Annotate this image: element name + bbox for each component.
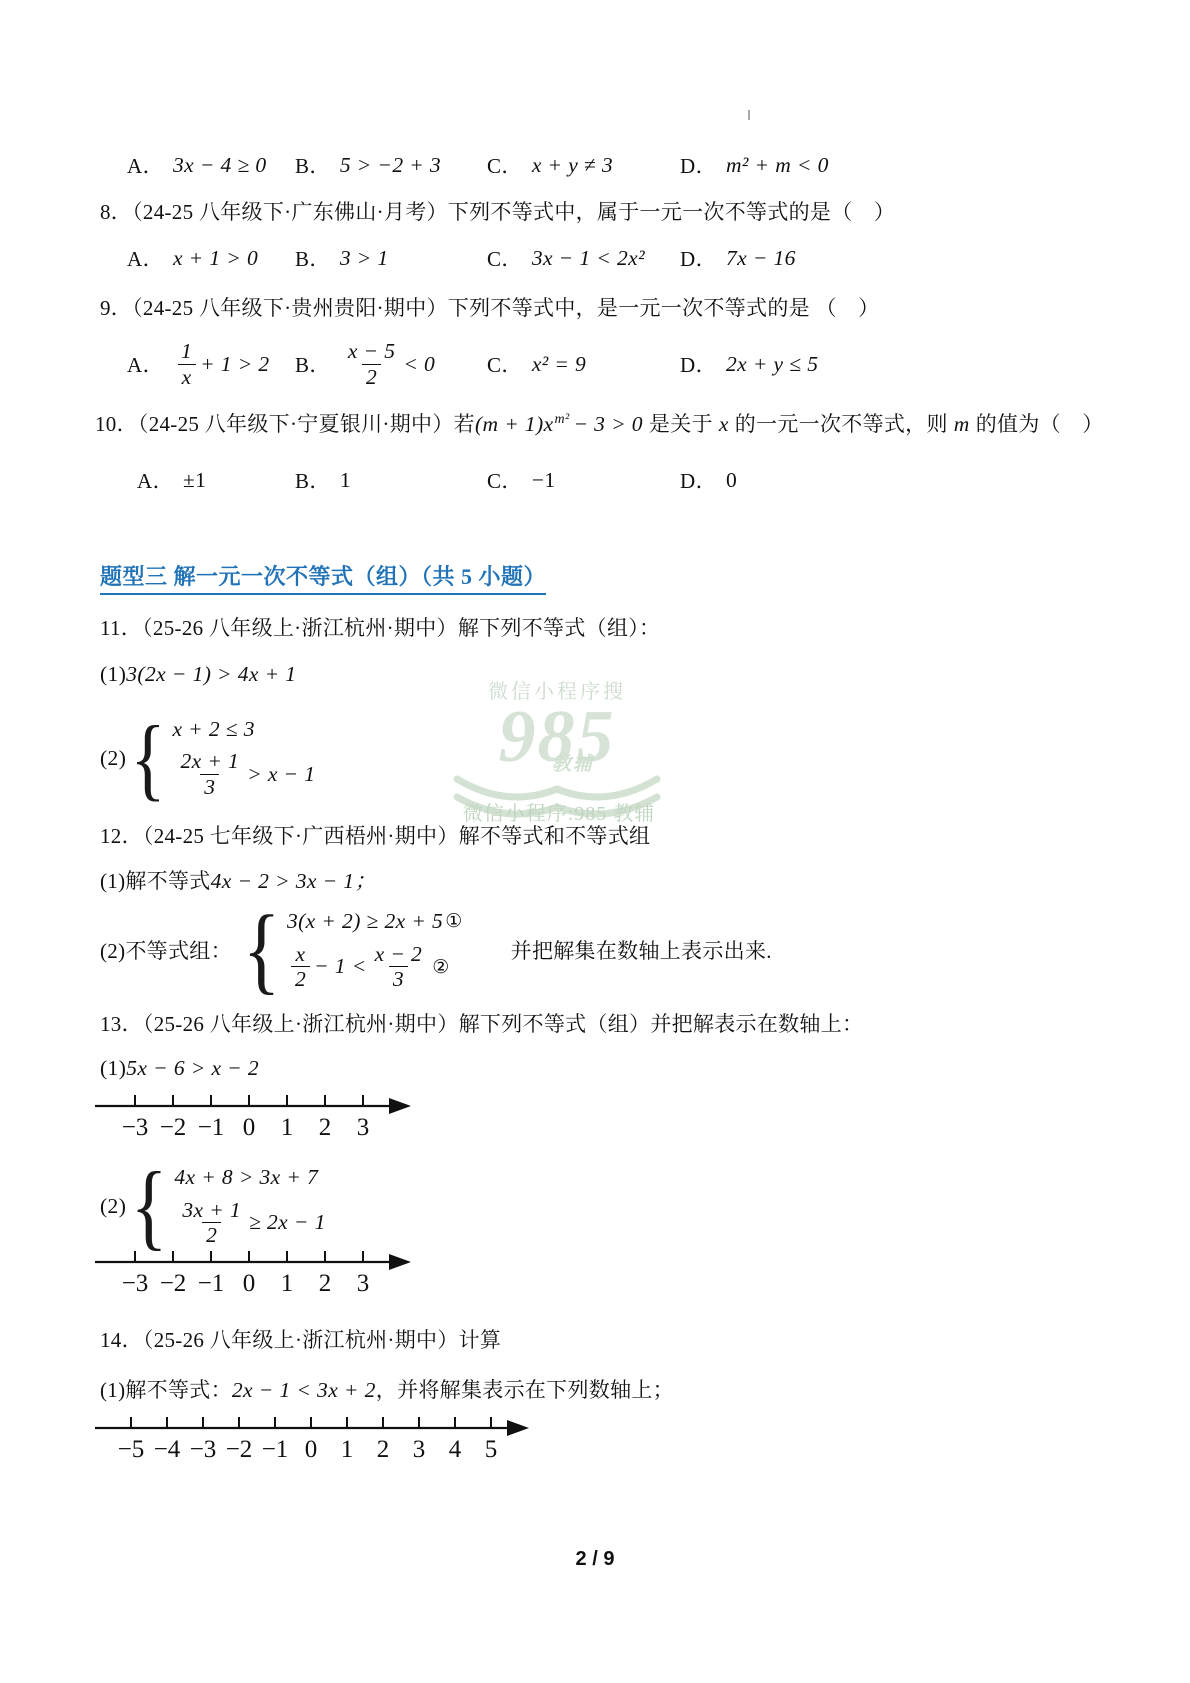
- part-label: (1)解不等式：: [100, 1378, 232, 1402]
- tick-label: 3: [357, 1270, 370, 1297]
- fraction-numerator: x: [292, 942, 310, 966]
- tick-label: 0: [305, 1436, 318, 1463]
- option-label: B．: [295, 465, 331, 495]
- q10-math-exponent: m²: [555, 412, 570, 427]
- number-line-3: −5 −4 −3 −2 −1 0 1 2 3 4 5: [93, 1412, 545, 1466]
- q7-options-row: A．3x − 4 ≥ 0 B．5 > −2 + 3 C．x + y ≠ 3 D．…: [0, 143, 1190, 187]
- q13-text: 13．（25-26 八年级上·浙江杭州·期中）解下列不等式（组）并把解表示在数轴…: [100, 1008, 863, 1038]
- q10-option-c: C．−1: [487, 462, 556, 498]
- part-label: (1): [100, 1056, 126, 1080]
- tick-label: −2: [226, 1436, 253, 1463]
- q10-var-m: m: [954, 412, 970, 436]
- fraction-denominator: 2: [291, 966, 310, 991]
- system-line-2: x2 − 1 < x − 23 ②: [287, 942, 463, 991]
- option-label: B．: [295, 150, 331, 180]
- part-tail: ，并将解集表示在下列数轴上；: [376, 1378, 674, 1402]
- tick-label: −2: [160, 1114, 187, 1141]
- circled-2: ②: [432, 956, 449, 978]
- tick-label: −2: [160, 1270, 187, 1297]
- q7-option-a: A．3x − 4 ≥ 0: [127, 143, 267, 187]
- watermark-subtext: 教辅: [552, 756, 594, 773]
- q7-option-b: B．5 > −2 + 3: [295, 143, 441, 187]
- option-label: D．: [680, 243, 717, 273]
- stray-mark: [748, 110, 750, 120]
- worksheet-page: A．3x − 4 ≥ 0 B．5 > −2 + 3 C．x + y ≠ 3 D．…: [0, 0, 1190, 1683]
- option-math: 1: [340, 468, 351, 493]
- fraction: 2x + 13: [176, 749, 243, 798]
- part-label: (2): [100, 746, 126, 771]
- option-label: C．: [487, 349, 523, 379]
- option-label: D．: [680, 465, 717, 495]
- q7-option-c: C．x + y ≠ 3: [487, 143, 613, 187]
- fraction-numerator: 3x + 1: [178, 1198, 245, 1222]
- tick-label: 2: [377, 1436, 390, 1463]
- fraction-numerator: 2x + 1: [176, 749, 243, 773]
- option-math: 3x − 1 < 2x²: [532, 246, 645, 271]
- part-math: − 1 <: [314, 954, 367, 979]
- q13-part2-system: (2) { 4x + 8 > 3x + 7 3x + 12 ≥ 2x − 1: [100, 1158, 326, 1254]
- fraction-denominator: 2: [362, 364, 381, 389]
- tick-label: 3: [357, 1114, 370, 1141]
- tick-label: −1: [262, 1436, 289, 1463]
- system-brace: {: [243, 901, 281, 999]
- tick-label: 1: [281, 1114, 294, 1141]
- tick-label: −3: [122, 1114, 149, 1141]
- part-math: 5x − 6 > x − 2: [126, 1056, 259, 1080]
- system-brace: {: [131, 1158, 168, 1254]
- q7-option-d: D．m² + m < 0: [680, 143, 829, 187]
- option-label: D．: [680, 150, 717, 180]
- q10-math-rest: − 3 > 0: [573, 412, 642, 436]
- q9-options-row: A． 1x + 1 > 2 B． x − 52 < 0 C．x² = 9 D．2…: [0, 330, 1190, 398]
- q8-option-b: B．3 > 1: [295, 236, 389, 280]
- option-label: C．: [487, 465, 523, 495]
- q10-text-mid1: 是关于: [649, 412, 713, 436]
- part-math: ≥ 2x − 1: [249, 1210, 326, 1235]
- option-label: B．: [295, 243, 331, 273]
- section-header-wrap: 题型三 解一元一次不等式（组）（共 5 小题）: [100, 560, 546, 591]
- tick-label: 0: [243, 1270, 256, 1297]
- tick-label: −4: [154, 1436, 181, 1463]
- option-math: 2x + y ≤ 5: [726, 352, 818, 377]
- fraction-denominator: 3: [389, 966, 408, 991]
- q12-part1: (1)解不等式4x − 2 > 3x − 1；: [100, 864, 376, 895]
- section-header: 题型三 解一元一次不等式（组）（共 5 小题）: [100, 564, 546, 595]
- tick-label: 2: [319, 1114, 332, 1141]
- tick-label: 4: [449, 1436, 462, 1463]
- q10-options-row: A．±1 B．1 C．−1 D．0: [0, 462, 1190, 498]
- fraction: x2: [291, 942, 310, 991]
- q10-text-tail: 的值为（ ）: [976, 412, 1104, 436]
- part-label: (1)解不等式: [100, 869, 211, 893]
- part-label: (2)不等式组：: [100, 935, 232, 965]
- q10-option-b: B．1: [295, 462, 351, 498]
- option-math: 0: [726, 468, 737, 493]
- tick-label: 1: [341, 1436, 354, 1463]
- fraction-numerator: x − 5: [344, 339, 400, 363]
- q11-text: 11．（25-26 八年级上·浙江杭州·期中）解下列不等式（组）：: [100, 612, 660, 642]
- fraction: 3x + 12: [178, 1198, 245, 1247]
- number-line-2: −3 −2 −1 0 1 2 3: [93, 1246, 423, 1300]
- watermark-985-logo: 985 教辅: [448, 704, 666, 771]
- tick-label: −3: [122, 1270, 149, 1297]
- fraction: 1x: [177, 339, 196, 388]
- fraction-numerator: 1: [177, 339, 196, 363]
- tick-label: −1: [198, 1270, 225, 1297]
- system-brace: {: [131, 712, 166, 804]
- fraction-denominator: 3: [200, 774, 219, 799]
- q9-text: 9．（24-25 八年级下·贵州贵阳·期中）下列不等式中，是一元一次不等式的是 …: [100, 292, 879, 322]
- option-label: A．: [137, 465, 174, 495]
- q10-option-d: D．0: [680, 462, 737, 498]
- fraction-numerator: x − 2: [371, 942, 427, 966]
- q13-part1: (1)5x − 6 > x − 2: [100, 1056, 259, 1081]
- option-label: C．: [487, 243, 523, 273]
- q14-text: 14．（25-26 八年级上·浙江杭州·期中）计算: [100, 1324, 501, 1354]
- part-math: 4x − 2 > 3x − 1；: [211, 869, 377, 893]
- option-math: ±1: [183, 468, 206, 493]
- option-label: A．: [127, 150, 164, 180]
- option-math: + 1 > 2: [200, 352, 269, 377]
- q12-text: 12．（24-25 七年级下·广西梧州·期中）解不等式和不等式组: [100, 820, 650, 850]
- option-math: x + y ≠ 3: [532, 153, 613, 178]
- q10-option-a: A．±1: [137, 462, 206, 498]
- part-label: (2): [100, 1194, 126, 1219]
- option-math: x² = 9: [532, 352, 586, 377]
- q14-part1: (1)解不等式：2x − 1 < 3x + 2，并将解集表示在下列数轴上；: [100, 1374, 674, 1404]
- system-line-2: 3x + 12 ≥ 2x − 1: [174, 1198, 325, 1247]
- q9-option-c: C．x² = 9: [487, 330, 586, 398]
- q8-option-c: C．3x − 1 < 2x²: [487, 236, 645, 280]
- q9-option-d: D．2x + y ≤ 5: [680, 330, 818, 398]
- q11-part2-system: (2) { x + 2 ≤ 3 2x + 13 > x − 1: [100, 712, 315, 804]
- system-line-1: x + 2 ≤ 3: [172, 717, 315, 742]
- q8-option-a: A．x + 1 > 0: [127, 236, 258, 280]
- page-number: 2 / 9: [0, 1548, 1190, 1571]
- option-math: x + 1 > 0: [173, 246, 258, 271]
- tick-label: 2: [319, 1270, 332, 1297]
- system-line-1: 3(x + 2) ≥ 2x + 5①: [287, 909, 463, 934]
- number-line-1: −3 −2 −1 0 1 2 3: [93, 1090, 423, 1144]
- circled-1: ①: [445, 910, 462, 932]
- part-math: > x − 1: [247, 762, 315, 787]
- tick-label: −5: [118, 1436, 145, 1463]
- option-math: 3 > 1: [340, 246, 389, 271]
- fraction: x − 52: [344, 339, 400, 388]
- q10-text: 10．（24-25 八年级下·宁夏银川·期中）若(m + 1)xm²− 3 > …: [95, 408, 1104, 438]
- q10-var-x: x: [719, 412, 729, 436]
- watermark-top-text: 微信小程序搜: [448, 675, 666, 704]
- tick-label: −1: [198, 1114, 225, 1141]
- option-math: −1: [532, 468, 556, 493]
- system-line-1: 4x + 8 > 3x + 7: [174, 1165, 325, 1190]
- part-math: 2x − 1 < 3x + 2: [232, 1378, 376, 1402]
- q10-text-mid2: 的一元一次不等式，则: [735, 412, 948, 436]
- q9-option-b: B． x − 52 < 0: [295, 330, 435, 398]
- fraction-denominator: x: [178, 364, 196, 389]
- q12-part2-system: (2)不等式组： { 3(x + 2) ≥ 2x + 5① x2 − 1 < x…: [100, 902, 772, 998]
- tick-label: 5: [485, 1436, 498, 1463]
- option-label: A．: [127, 243, 164, 273]
- option-math: 5 > −2 + 3: [340, 153, 441, 178]
- option-math: m² + m < 0: [726, 153, 829, 178]
- system-line-2: 2x + 13 > x − 1: [172, 749, 315, 798]
- tick-label: 1: [281, 1270, 294, 1297]
- q11-part1: (1)3(2x − 1) > 4x + 1: [100, 662, 296, 687]
- tick-label: 0: [243, 1114, 256, 1141]
- watermark: 微信小程序搜 985 教辅: [448, 675, 666, 771]
- q9-option-a: A． 1x + 1 > 2: [127, 330, 270, 398]
- q10-math-base: (m + 1)x: [475, 412, 554, 436]
- fraction-denominator: 2: [202, 1222, 221, 1247]
- q12-part2-tail: 并把解集在数轴上表示出来.: [511, 935, 772, 965]
- tick-label: −3: [190, 1436, 217, 1463]
- tick-label: 3: [413, 1436, 426, 1463]
- option-label: C．: [487, 150, 523, 180]
- option-math: 7x − 16: [726, 246, 796, 271]
- part-label: (1): [100, 662, 126, 686]
- option-label: A．: [127, 349, 164, 379]
- option-math: < 0: [403, 352, 435, 377]
- fraction: x − 23: [371, 942, 427, 991]
- option-label: D．: [680, 349, 717, 379]
- option-math: 3x − 4 ≥ 0: [173, 153, 267, 178]
- part-math: 3(2x − 1) > 4x + 1: [126, 662, 296, 686]
- option-label: B．: [295, 349, 331, 379]
- q8-options-row: A．x + 1 > 0 B．3 > 1 C．3x − 1 < 2x² D．7x …: [0, 236, 1190, 280]
- q8-option-d: D．7x − 16: [680, 236, 796, 280]
- q8-text: 8．（24-25 八年级下·广东佛山·月考）下列不等式中，属于一元一次不等式的是…: [100, 196, 895, 226]
- q10-text-pre: 10．（24-25 八年级下·宁夏银川·期中）若: [95, 412, 475, 436]
